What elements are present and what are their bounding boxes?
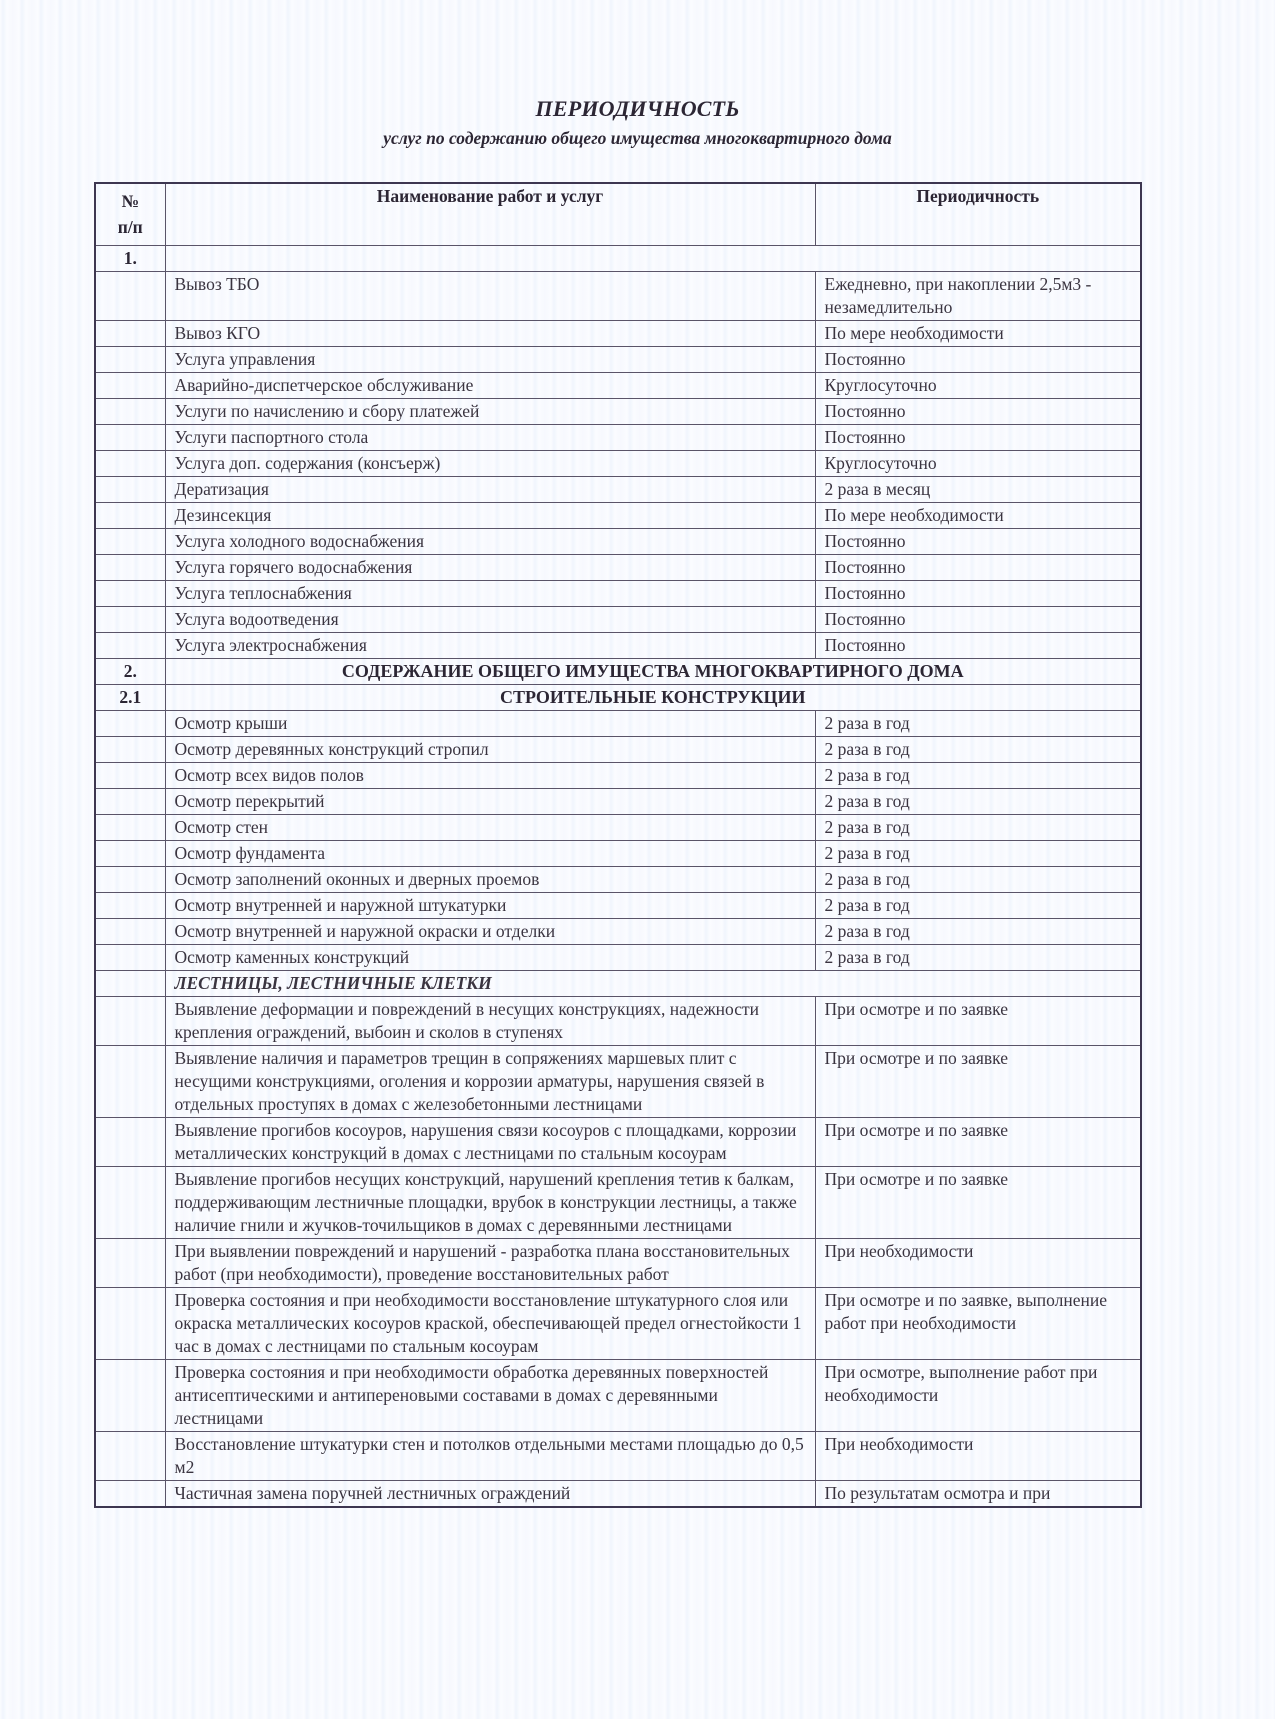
work-name: Вывоз КГО bbox=[165, 321, 815, 347]
periodicity-value: 2 раза в год bbox=[815, 945, 1141, 971]
work-name: Проверка состояния и при необходимости о… bbox=[165, 1360, 815, 1432]
work-name: Осмотр внутренней и наружной штукатурки bbox=[165, 893, 815, 919]
table-row: При выявлении повреждений и нарушений - … bbox=[95, 1239, 1141, 1288]
work-name: Выявление деформации и повреждений в нес… bbox=[165, 997, 815, 1046]
section-title: СТРОИТЕЛЬНЫЕ КОНСТРУКЦИИ bbox=[165, 685, 1141, 711]
row-number bbox=[95, 321, 165, 347]
row-number bbox=[95, 841, 165, 867]
work-name: Осмотр стен bbox=[165, 815, 815, 841]
section-number: 1. bbox=[95, 246, 165, 272]
section-number: 2.1 bbox=[95, 685, 165, 711]
row-number bbox=[95, 711, 165, 737]
table-row: Проверка состояния и при необходимости о… bbox=[95, 1360, 1141, 1432]
header-periodicity: Периодичность bbox=[815, 183, 1141, 246]
table-row: Осмотр внутренней и наружной окраски и о… bbox=[95, 919, 1141, 945]
row-number bbox=[95, 529, 165, 555]
row-number bbox=[95, 737, 165, 763]
periodicity-value: По мере необходимости bbox=[815, 321, 1141, 347]
row-number bbox=[95, 815, 165, 841]
work-name: Осмотр заполнений оконных и дверных прое… bbox=[165, 867, 815, 893]
work-name: Услуга теплоснабжения bbox=[165, 581, 815, 607]
work-name: Выявление прогибов несущих конструкций, … bbox=[165, 1167, 815, 1239]
periodicity-value: При осмотре и по заявке bbox=[815, 1046, 1141, 1118]
periodicity-value: 2 раза в год bbox=[815, 763, 1141, 789]
work-name: Услуга управления bbox=[165, 347, 815, 373]
row-number bbox=[95, 607, 165, 633]
row-number bbox=[95, 373, 165, 399]
table-row: ДезинсекцияПо мере необходимости bbox=[95, 503, 1141, 529]
work-name: Аварийно-диспетчерское обслуживание bbox=[165, 373, 815, 399]
subsection-number bbox=[95, 971, 165, 997]
table-row: Осмотр заполнений оконных и дверных прое… bbox=[95, 867, 1141, 893]
row-number bbox=[95, 347, 165, 373]
periodicity-value: Постоянно bbox=[815, 555, 1141, 581]
row-number bbox=[95, 451, 165, 477]
periodicity-value: 2 раза в год bbox=[815, 789, 1141, 815]
work-name: Проверка состояния и при необходимости в… bbox=[165, 1288, 815, 1360]
section-title: СОДЕРЖАНИЕ ОБЩЕГО ИМУЩЕСТВА МНОГОКВАРТИР… bbox=[165, 659, 1141, 685]
periodicity-value: 2 раза в год bbox=[815, 737, 1141, 763]
periodicity-value: По результатам осмотра и при bbox=[815, 1481, 1141, 1508]
work-name: Дезинсекция bbox=[165, 503, 815, 529]
row-number bbox=[95, 633, 165, 659]
table-row: Восстановление штукатурки стен и потолко… bbox=[95, 1432, 1141, 1481]
periodicity-value: Постоянно bbox=[815, 529, 1141, 555]
periodicity-value: 2 раза в год bbox=[815, 867, 1141, 893]
subsection-title: ЛЕСТНИЦЫ, ЛЕСТНИЧНЫЕ КЛЕТКИ bbox=[165, 971, 1141, 997]
work-name: Выявление прогибов косоуров, нарушения с… bbox=[165, 1118, 815, 1167]
table-row: Услуги по начислению и сбору платежейПос… bbox=[95, 399, 1141, 425]
section-title bbox=[165, 246, 1141, 272]
page-subtitle: услуг по содержанию общего имущества мно… bbox=[0, 128, 1275, 149]
table-header-row: №п/п Наименование работ и услуг Периодич… bbox=[95, 183, 1141, 246]
table-row: Выявление деформации и повреждений в нес… bbox=[95, 997, 1141, 1046]
work-name: Осмотр внутренней и наружной окраски и о… bbox=[165, 919, 815, 945]
periodicity-value: Круглосуточно bbox=[815, 451, 1141, 477]
periodicity-table: №п/п Наименование работ и услуг Периодич… bbox=[94, 182, 1142, 1508]
periodicity-value: Постоянно bbox=[815, 581, 1141, 607]
row-number bbox=[95, 555, 165, 581]
row-number bbox=[95, 1239, 165, 1288]
table-row: Осмотр каменных конструкций2 раза в год bbox=[95, 945, 1141, 971]
periodicity-value: 2 раза в год bbox=[815, 815, 1141, 841]
periodicity-value: При необходимости bbox=[815, 1432, 1141, 1481]
work-name: Осмотр перекрытий bbox=[165, 789, 815, 815]
work-name: Осмотр каменных конструкций bbox=[165, 945, 815, 971]
table-row: Услуга водоотведенияПостоянно bbox=[95, 607, 1141, 633]
periodicity-value: При осмотре и по заявке, выполнение рабо… bbox=[815, 1288, 1141, 1360]
table-row: Услуга управленияПостоянно bbox=[95, 347, 1141, 373]
table-row: Дератизация2 раза в месяц bbox=[95, 477, 1141, 503]
table-row: Услуги паспортного столаПостоянно bbox=[95, 425, 1141, 451]
table-row: Услуга доп. содержания (консъерж)Круглос… bbox=[95, 451, 1141, 477]
row-number bbox=[95, 425, 165, 451]
work-name: Услуги по начислению и сбору платежей bbox=[165, 399, 815, 425]
row-number bbox=[95, 272, 165, 321]
row-number bbox=[95, 1288, 165, 1360]
row-number bbox=[95, 477, 165, 503]
row-number bbox=[95, 581, 165, 607]
periodicity-value: Постоянно bbox=[815, 607, 1141, 633]
table-row: Выявление прогибов несущих конструкций, … bbox=[95, 1167, 1141, 1239]
header-number: №п/п bbox=[95, 183, 165, 246]
row-number bbox=[95, 763, 165, 789]
table-row: Проверка состояния и при необходимости в… bbox=[95, 1288, 1141, 1360]
periodicity-value: 2 раза в год bbox=[815, 893, 1141, 919]
row-number bbox=[95, 1481, 165, 1508]
section-1-row: 1. bbox=[95, 246, 1141, 272]
periodicity-value: 2 раза в месяц bbox=[815, 477, 1141, 503]
table-row: Услуга теплоснабженияПостоянно bbox=[95, 581, 1141, 607]
section-2-row: 2.СОДЕРЖАНИЕ ОБЩЕГО ИМУЩЕСТВА МНОГОКВАРТ… bbox=[95, 659, 1141, 685]
work-name: Осмотр деревянных конструкций стропил bbox=[165, 737, 815, 763]
table-row: Выявление прогибов косоуров, нарушения с… bbox=[95, 1118, 1141, 1167]
work-name: Услуга холодного водоснабжения bbox=[165, 529, 815, 555]
row-number bbox=[95, 789, 165, 815]
row-number bbox=[95, 919, 165, 945]
row-number bbox=[95, 893, 165, 919]
row-number bbox=[95, 997, 165, 1046]
table-row: Выявление наличия и параметров трещин в … bbox=[95, 1046, 1141, 1118]
periodicity-value: Постоянно bbox=[815, 633, 1141, 659]
table-row: Осмотр всех видов полов2 раза в год bbox=[95, 763, 1141, 789]
periodicity-value: Постоянно bbox=[815, 347, 1141, 373]
work-name: Дератизация bbox=[165, 477, 815, 503]
work-name: Вывоз ТБО bbox=[165, 272, 815, 321]
work-name: Услуга электроснабжения bbox=[165, 633, 815, 659]
work-name: Осмотр фундамента bbox=[165, 841, 815, 867]
work-name: Услуга доп. содержания (консъерж) bbox=[165, 451, 815, 477]
table-row: Услуга холодного водоснабженияПостоянно bbox=[95, 529, 1141, 555]
work-name: Выявление наличия и параметров трещин в … bbox=[165, 1046, 815, 1118]
periodicity-value: Круглосуточно bbox=[815, 373, 1141, 399]
work-name: При выявлении повреждений и нарушений - … bbox=[165, 1239, 815, 1288]
periodicity-value: При необходимости bbox=[815, 1239, 1141, 1288]
work-name: Восстановление штукатурки стен и потолко… bbox=[165, 1432, 815, 1481]
table-row: Услуга горячего водоснабженияПостоянно bbox=[95, 555, 1141, 581]
table-row: Вывоз КГОПо мере необходимости bbox=[95, 321, 1141, 347]
row-number bbox=[95, 1432, 165, 1481]
row-number bbox=[95, 867, 165, 893]
table-body: 1.Вывоз ТБОЕжедневно, при накоплении 2,5… bbox=[95, 246, 1141, 1508]
work-name: Услуги паспортного стола bbox=[165, 425, 815, 451]
periodicity-value: Постоянно bbox=[815, 399, 1141, 425]
row-number bbox=[95, 1118, 165, 1167]
periodicity-value: 2 раза в год bbox=[815, 841, 1141, 867]
periodicity-value: По мере необходимости bbox=[815, 503, 1141, 529]
row-number bbox=[95, 1360, 165, 1432]
section-number: 2. bbox=[95, 659, 165, 685]
table-row: Осмотр перекрытий2 раза в год bbox=[95, 789, 1141, 815]
work-name: Услуга горячего водоснабжения bbox=[165, 555, 815, 581]
work-name: Частичная замена поручней лестничных огр… bbox=[165, 1481, 815, 1508]
section-2-1-row: 2.1СТРОИТЕЛЬНЫЕ КОНСТРУКЦИИ bbox=[95, 685, 1141, 711]
periodicity-value: Постоянно bbox=[815, 425, 1141, 451]
row-number bbox=[95, 399, 165, 425]
periodicity-value: При осмотре и по заявке bbox=[815, 1167, 1141, 1239]
periodicity-value: Ежедневно, при накоплении 2,5м3 - незаме… bbox=[815, 272, 1141, 321]
table-row: Осмотр крыши2 раза в год bbox=[95, 711, 1141, 737]
page-title: ПЕРИОДИЧНОСТЬ bbox=[0, 96, 1275, 122]
table-row: Осмотр фундамента2 раза в год bbox=[95, 841, 1141, 867]
periodicity-value: 2 раза в год bbox=[815, 919, 1141, 945]
table-row: Частичная замена поручней лестничных огр… bbox=[95, 1481, 1141, 1508]
table-row: Аварийно-диспетчерское обслуживаниеКругл… bbox=[95, 373, 1141, 399]
periodicity-value: При осмотре и по заявке bbox=[815, 997, 1141, 1046]
periodicity-value: При осмотре, выполнение работ при необхо… bbox=[815, 1360, 1141, 1432]
row-number bbox=[95, 503, 165, 529]
header-name: Наименование работ и услуг bbox=[165, 183, 815, 246]
table-row: Осмотр стен2 раза в год bbox=[95, 815, 1141, 841]
table-row: Осмотр деревянных конструкций стропил2 р… bbox=[95, 737, 1141, 763]
row-number bbox=[95, 1046, 165, 1118]
periodicity-value: При осмотре и по заявке bbox=[815, 1118, 1141, 1167]
work-name: Осмотр всех видов полов bbox=[165, 763, 815, 789]
subsection-header-row: ЛЕСТНИЦЫ, ЛЕСТНИЧНЫЕ КЛЕТКИ bbox=[95, 971, 1141, 997]
periodicity-value: 2 раза в год bbox=[815, 711, 1141, 737]
table-row: Осмотр внутренней и наружной штукатурки2… bbox=[95, 893, 1141, 919]
row-number bbox=[95, 945, 165, 971]
table-row: Услуга электроснабженияПостоянно bbox=[95, 633, 1141, 659]
table-row: Вывоз ТБОЕжедневно, при накоплении 2,5м3… bbox=[95, 272, 1141, 321]
work-name: Осмотр крыши bbox=[165, 711, 815, 737]
work-name: Услуга водоотведения bbox=[165, 607, 815, 633]
row-number bbox=[95, 1167, 165, 1239]
